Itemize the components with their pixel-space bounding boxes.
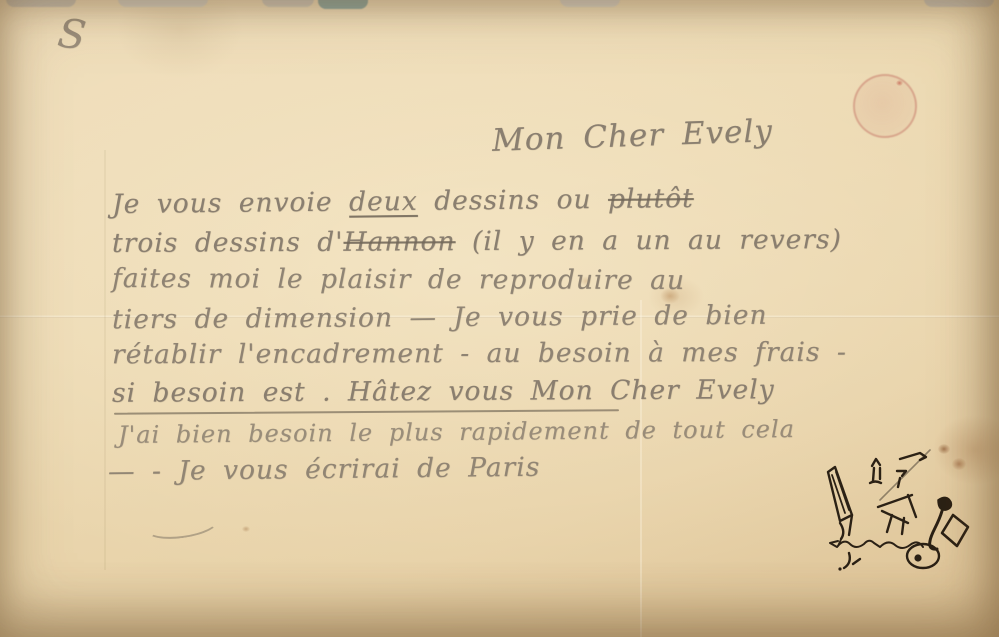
- line-segment: rétablir l'encadrement - au besoin à mes…: [112, 337, 847, 371]
- torn-edge-chip: [262, 0, 314, 7]
- line-segment: J'ai bien besoin le plus rapidement de t…: [118, 415, 795, 449]
- pencil-flourish: [144, 507, 221, 543]
- line-segment: Je vous envoie: [112, 187, 349, 220]
- archive-mark: S: [55, 10, 90, 60]
- line-segment: dessins ou: [418, 184, 609, 217]
- torn-edge-chip: [318, 0, 368, 9]
- torn-edge-chip: [6, 0, 76, 7]
- line-segment: si besoin est . Hâtez vous Mon Cher Evel…: [112, 374, 775, 408]
- torn-edge-chip: [924, 0, 994, 7]
- left-margin-crease: [104, 150, 106, 570]
- letter-line: Je vous envoie deux dessins ou plutôt: [112, 183, 694, 220]
- line-segment: (il y en a un au revers): [455, 224, 842, 257]
- foxing-spot: [242, 526, 250, 532]
- ink-doodle: [812, 445, 999, 615]
- salutation: Mon Cher Evely: [491, 113, 773, 159]
- line-segment: tiers de dimension — Je vous prie de bie…: [112, 300, 768, 336]
- line-segment: — - Je vous écrirai de Paris: [108, 452, 541, 488]
- pencil-separator-rule: [114, 409, 619, 415]
- letter-line: — - Je vous écrirai de Paris: [108, 452, 541, 488]
- line-segment-underlined: deux: [349, 186, 418, 218]
- letter-scan: S Mon Cher Evely Je vous envoie deux des…: [0, 0, 999, 637]
- line-segment-struck: plutôt: [608, 183, 694, 215]
- line-segment: faites moi le plaisir de reproduire au: [112, 263, 685, 296]
- letter-line: trois dessins d'Hannon (il y en a un au …: [112, 224, 842, 259]
- line-segment-struck: Hannon: [343, 226, 455, 258]
- round-collection-stamp: [853, 74, 917, 138]
- letter-line: tiers de dimension — Je vous prie de bie…: [112, 300, 768, 336]
- letter-line: si besoin est . Hâtez vous Mon Cher Evel…: [112, 374, 775, 408]
- letter-line: faites moi le plaisir de reproduire au: [112, 263, 685, 296]
- line-segment: trois dessins d': [112, 227, 344, 259]
- torn-edge-chip: [560, 0, 620, 7]
- letter-line: rétablir l'encadrement - au besoin à mes…: [112, 337, 847, 371]
- letter-line: J'ai bien besoin le plus rapidement de t…: [118, 415, 795, 449]
- torn-edge-chip: [118, 0, 208, 7]
